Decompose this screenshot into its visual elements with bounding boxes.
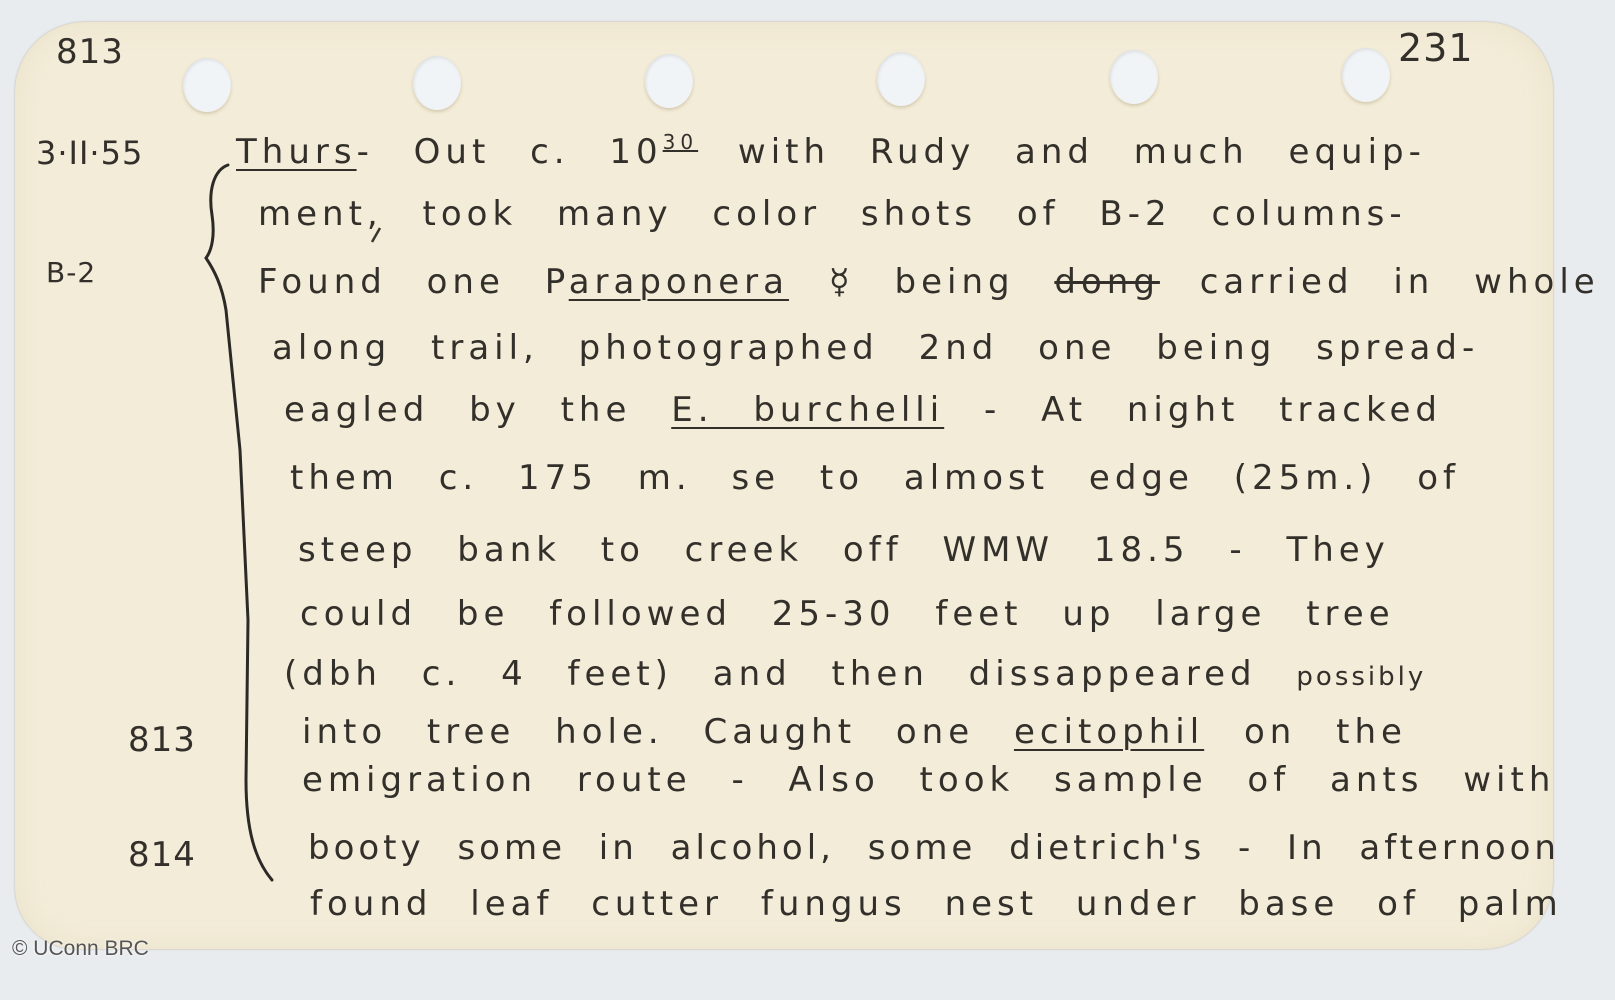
note-line-9: (dbh c. 4 feet) and then dissappeared po…	[284, 654, 1426, 694]
station-label: B-2	[46, 256, 96, 289]
note-line-13: found leaf cutter fungus nest under base…	[310, 884, 1563, 924]
binder-hole	[877, 52, 925, 106]
specimen-number-814: 814	[128, 835, 196, 875]
note-line-11: emigration route - Also took sample of a…	[302, 760, 1555, 800]
note-line-3: Found one Paraponera ☿ being dong carrie…	[258, 262, 1600, 302]
binder-hole	[1110, 50, 1158, 104]
binder-hole	[183, 58, 231, 112]
note-line-4: along trail, photographed 2nd one being …	[272, 328, 1479, 368]
specimen-number-813: 813	[128, 720, 196, 760]
note-line-7: steep bank to creek off WMW 18.5 - They	[298, 530, 1390, 570]
note-line-10: into tree hole. Caught one ecitophil on …	[302, 712, 1407, 752]
page-number-right: 231	[1398, 26, 1474, 70]
copyright-watermark: © UConn BRC	[12, 937, 149, 961]
binder-hole	[413, 56, 461, 110]
worker-symbol-icon: ☿	[829, 262, 855, 302]
note-line-6: them c. 175 m. se to almost edge (25m.) …	[290, 458, 1460, 498]
binder-hole	[1342, 48, 1390, 102]
note-line-1: Thurs- Out c. 1030 with Rudy and much eq…	[236, 130, 1426, 172]
note-line-12: booty some in alcohol, some dietrich's -…	[308, 828, 1560, 868]
note-line-5: eagled by the E. burchelli - At night tr…	[284, 390, 1442, 430]
note-line-8: could be followed 25-30 feet up large tr…	[300, 594, 1395, 634]
binder-hole	[645, 54, 693, 108]
note-line-2: ment, took many color shots of B-2 colum…	[258, 194, 1407, 234]
page-number-left: 813	[56, 32, 124, 72]
entry-date: 3·II·55	[36, 134, 143, 172]
